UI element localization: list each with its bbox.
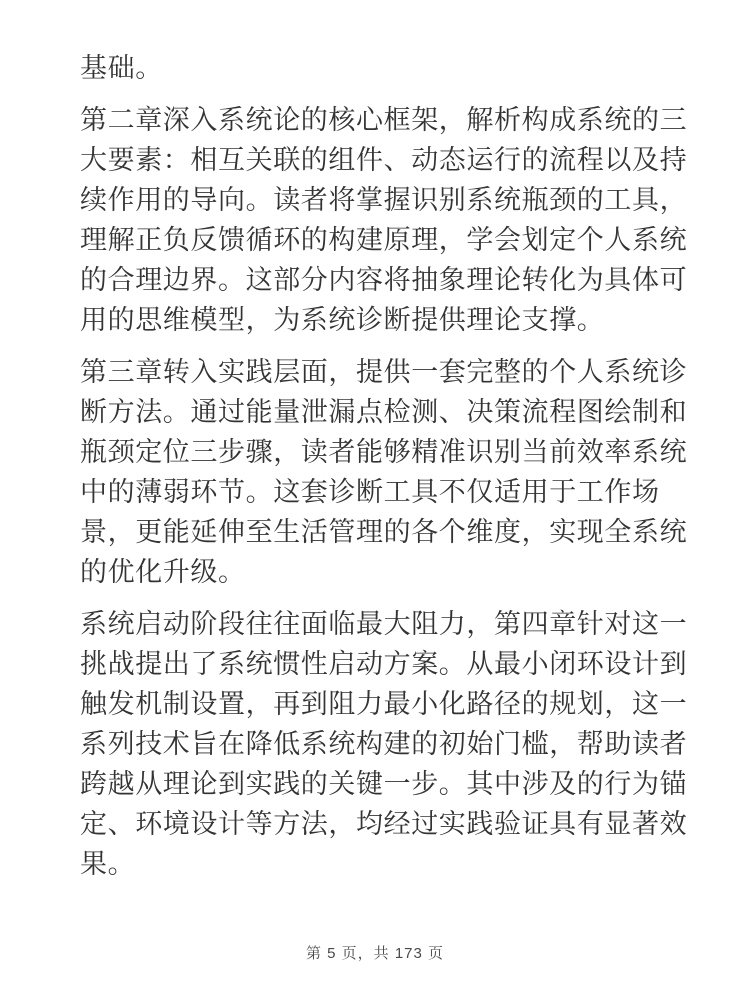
- text-line: 中的薄弱环节。这套诊断工具不仅适用于工作场: [80, 472, 698, 512]
- text-line: 果。: [80, 844, 698, 884]
- text-line: 系列技术旨在降低系统构建的初始门槛，帮助读者: [80, 724, 698, 764]
- text-line: 定、环境设计等方法，均经过实践验证具有显著效: [80, 804, 698, 844]
- text-line: 第二章深入系统论的核心框架，解析构成系统的三: [80, 100, 698, 140]
- text-line: 跨越从理论到实践的关键一步。其中涉及的行为锚: [80, 764, 698, 804]
- text-line: 基础。: [80, 48, 698, 88]
- paragraph: 基础。: [80, 48, 698, 88]
- text-line: 挑战提出了系统惯性启动方案。从最小闭环设计到: [80, 644, 698, 684]
- page-footer: 第 5 页，共 173 页: [0, 944, 750, 964]
- text-line: 瓶颈定位三步骤，读者能够精准识别当前效率系统: [80, 432, 698, 472]
- text-line: 断方法。通过能量泄漏点检测、决策流程图绘制和: [80, 392, 698, 432]
- text-line: 用的思维模型，为系统诊断提供理论支撑。: [80, 300, 698, 340]
- paragraph: 第三章转入实践层面，提供一套完整的个人系统诊断方法。通过能量泄漏点检测、决策流程…: [80, 352, 698, 592]
- text-line: 景，更能延伸至生活管理的各个维度，实现全系统: [80, 512, 698, 552]
- page-indicator: 第 5 页，共 173 页: [306, 945, 444, 962]
- text-line: 大要素：相互关联的组件、动态运行的流程以及持: [80, 140, 698, 180]
- text-line: 第三章转入实践层面，提供一套完整的个人系统诊: [80, 352, 698, 392]
- text-line: 理解正负反馈循环的构建原理，学会划定个人系统: [80, 220, 698, 260]
- text-line: 的优化升级。: [80, 552, 698, 592]
- text-line: 的合理边界。这部分内容将抽象理论转化为具体可: [80, 260, 698, 300]
- document-page: 基础。第二章深入系统论的核心框架，解析构成系统的三大要素：相互关联的组件、动态运…: [0, 0, 750, 1000]
- page-text: 基础。第二章深入系统论的核心框架，解析构成系统的三大要素：相互关联的组件、动态运…: [80, 48, 698, 896]
- paragraph: 系统启动阶段往往面临最大阻力，第四章针对这一挑战提出了系统惯性启动方案。从最小闭…: [80, 604, 698, 884]
- text-line: 系统启动阶段往往面临最大阻力，第四章针对这一: [80, 604, 698, 644]
- text-line: 续作用的导向。读者将掌握识别系统瓶颈的工具，: [80, 180, 698, 220]
- paragraph: 第二章深入系统论的核心框架，解析构成系统的三大要素：相互关联的组件、动态运行的流…: [80, 100, 698, 340]
- text-line: 触发机制设置，再到阻力最小化路径的规划，这一: [80, 684, 698, 724]
